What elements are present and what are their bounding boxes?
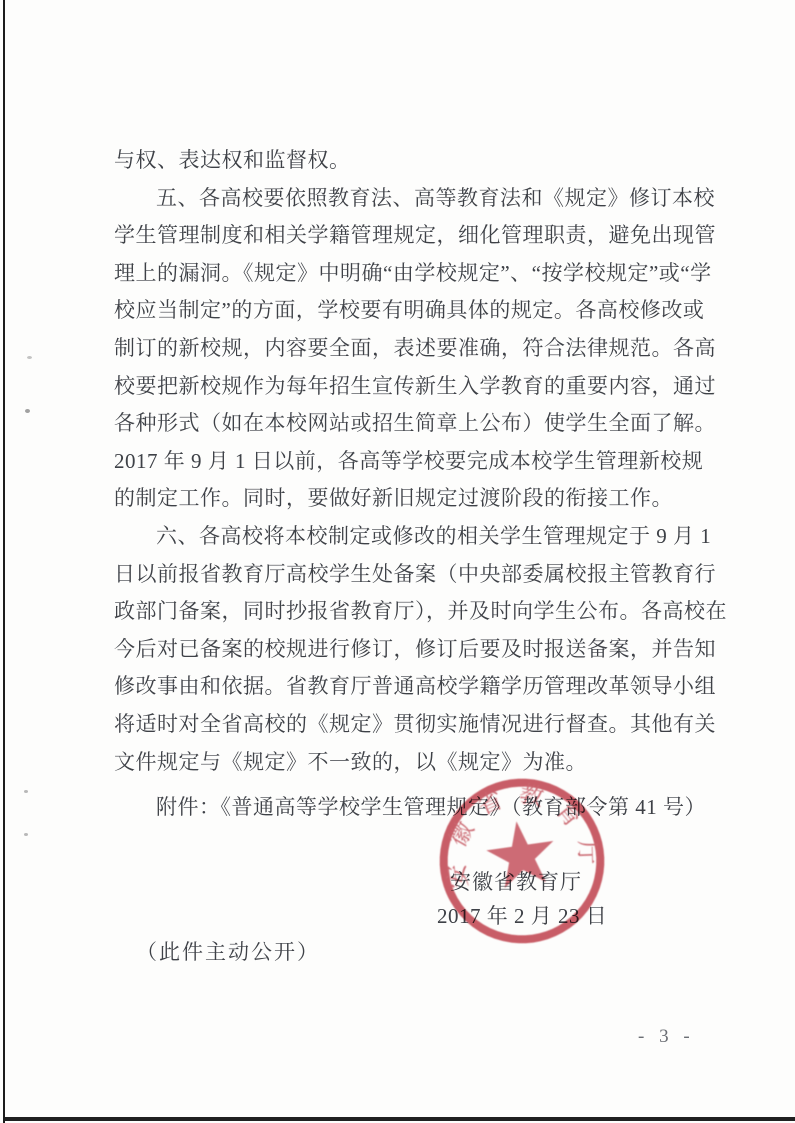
scan-speck: [24, 790, 28, 793]
text-line: 校应当制定”的方面，学校要有明确具体的规定。各高校修改或: [114, 292, 692, 330]
text-line: 学生管理制度和相关学籍管理规定，细化管理职责，避免出现管: [114, 217, 692, 255]
scan-edge-bottom: [5, 1117, 795, 1121]
text-line: 与权、表达权和监督权。: [114, 142, 692, 180]
text-line: 文件规定与《规定》不一致的，以《规定》为准。: [114, 744, 692, 782]
official-seal-stamp: 安徽省教育厅: [421, 760, 622, 961]
disclosure-note: （此件主动公开）: [136, 938, 320, 966]
text-line: 五、各高校要依照教育法、高等教育法和《规定》修订本校: [114, 180, 692, 218]
text-line: 理上的漏洞。《规定》中明确“由学校规定”、“按学校规定”或“学: [114, 255, 692, 293]
text-line: 六、各高校将本校制定或修改的相关学生管理规定于 9 月 1: [114, 518, 692, 556]
text-line: 制订的新校规，内容要全面，表述要准确，符合法律规范。各高: [114, 330, 692, 368]
scan-speck: [27, 356, 32, 359]
text-line: 校要把新校规作为每年招生宣传新生入学教育的重要内容，通过: [114, 368, 692, 406]
star-icon: [483, 817, 559, 890]
text-line: 各种形式（如在本校网站或招生简章上公布）使学生全面了解。: [114, 405, 692, 443]
page-number: - 3 -: [638, 1026, 695, 1048]
scan-speck: [25, 409, 30, 413]
text-line: 政部门备案，同时抄报省教育厅），并及时向学生公布。各高校在: [114, 593, 692, 631]
text-line: 今后对已备案的校规进行修订，修订后要及时报送备案，并告知: [114, 631, 692, 669]
text-line: 的制定工作。同时，要做好新旧规定过渡阶段的衔接工作。: [114, 480, 692, 518]
text-line: 将适时对全省高校的《规定》贯彻实施情况进行督查。其他有关: [114, 706, 692, 744]
scan-edge-left: [3, 0, 5, 1123]
scan-speck: [24, 833, 28, 836]
scanned-document-page: 与权、表达权和监督权。五、各高校要依照教育法、高等教育法和《规定》修订本校学生管…: [0, 0, 795, 1123]
text-line: 2017 年 9 月 1 日以前，各高等学校要完成本校学生管理新校规: [114, 443, 692, 481]
text-line: 修改事由和依据。省教育厅普通高校学籍学历管理改革领导小组: [114, 668, 692, 706]
text-line: 日以前报省教育厅高校学生处备案（中央部委属校报主管教育行: [114, 556, 692, 594]
document-body: 与权、表达权和监督权。五、各高校要依照教育法、高等教育法和《规定》修订本校学生管…: [114, 142, 692, 781]
